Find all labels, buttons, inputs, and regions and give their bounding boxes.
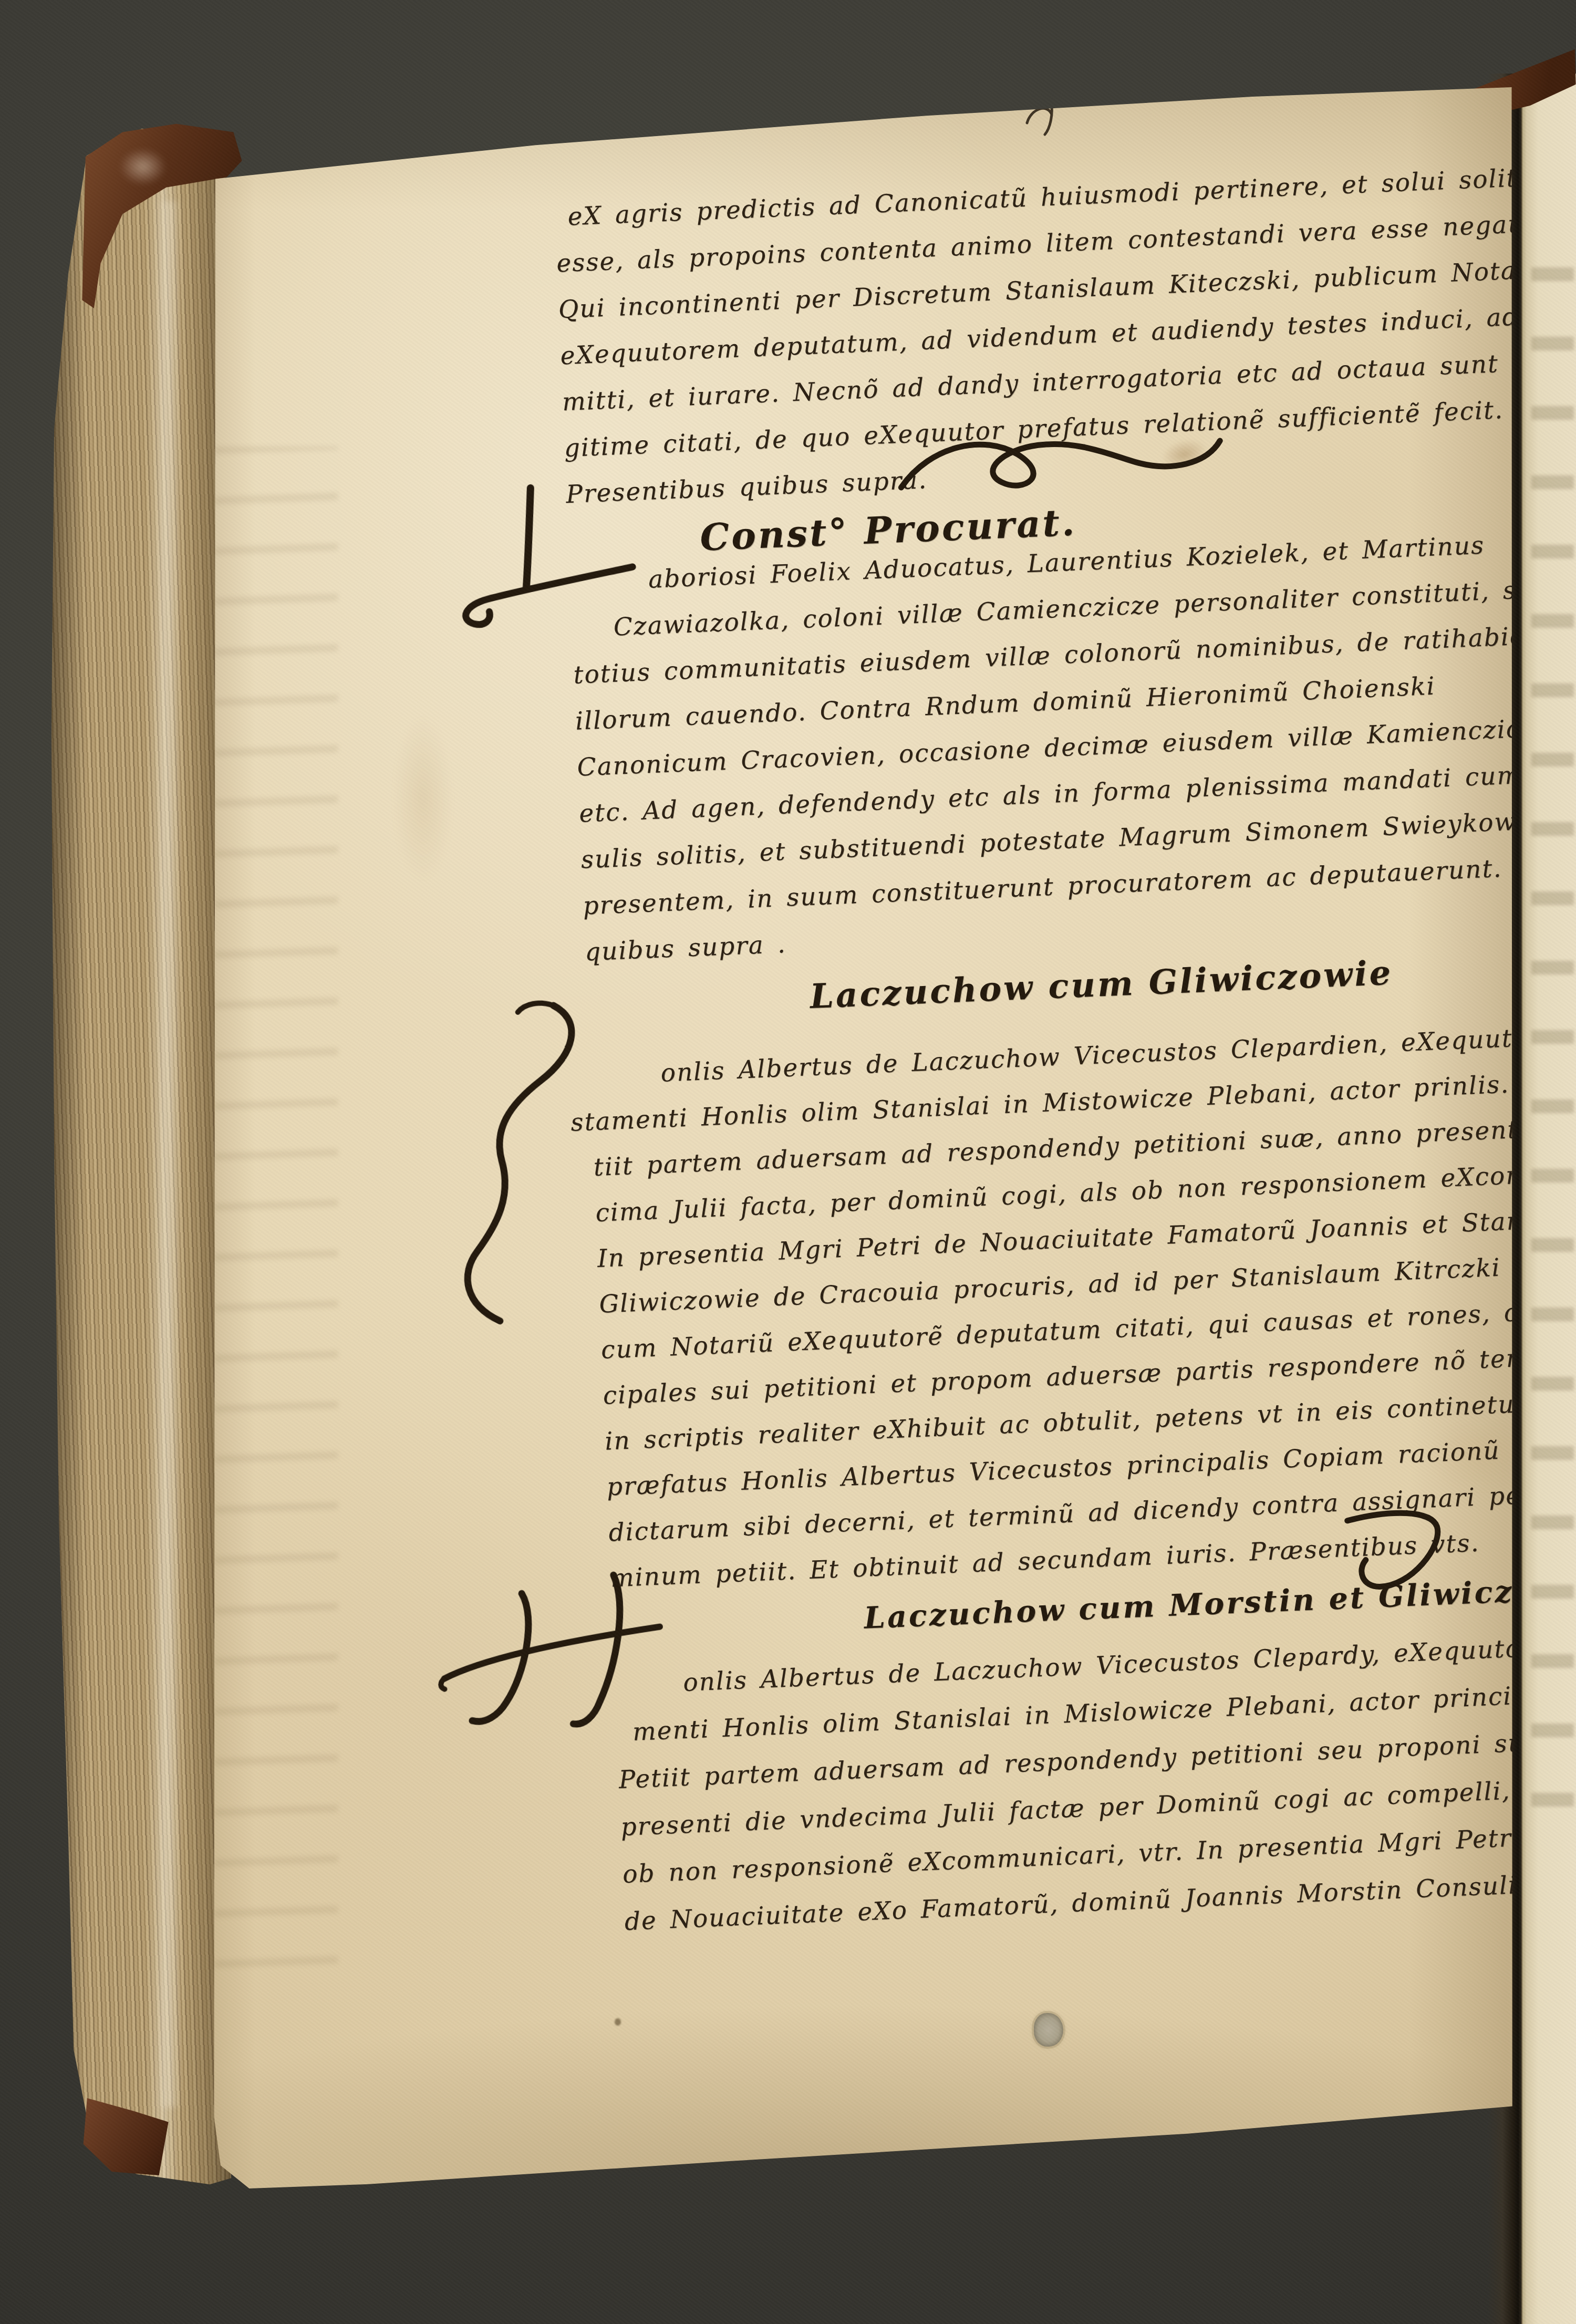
entry-paragraph: H onlis Albertus de Laczuchow Vicecustos… (589, 1013, 1576, 1601)
text-block: eX agris predictis ad Canonicatũ huiusmo… (553, 137, 1576, 1946)
book-page-edges (50, 118, 234, 2191)
leather-gleam (109, 140, 177, 193)
ink-speck (615, 2018, 621, 2026)
terminal-flourish-icon (1328, 1503, 1453, 1597)
pen-flourish-icon (889, 410, 1233, 503)
initial-H-swash-icon (429, 995, 611, 1339)
facing-page-sliver (1521, 74, 1576, 2324)
margin-bleedthrough (214, 447, 338, 1996)
entry-paragraph: eX agris predictis ad Canonicatũ huiusmo… (554, 154, 1554, 518)
photo-backdrop: eX agris predictis ad Canonicatũ huiusmo… (0, 0, 1576, 2324)
manuscript-page: eX agris predictis ad Canonicatũ huiusmo… (210, 84, 1513, 2191)
entry-paragraph: L aboriosi Foelix Aduocatus, Laurentius … (569, 520, 1573, 976)
foxing-stain (383, 688, 462, 909)
paper-hole (1034, 2013, 1063, 2047)
entry-paragraph: H onlis Albertus de Laczuchow Vicecustos… (614, 1622, 1576, 1946)
show-through-text (1531, 231, 1574, 1807)
page-edges-highlight (157, 201, 182, 2108)
quire-mark-icon (1022, 92, 1060, 137)
